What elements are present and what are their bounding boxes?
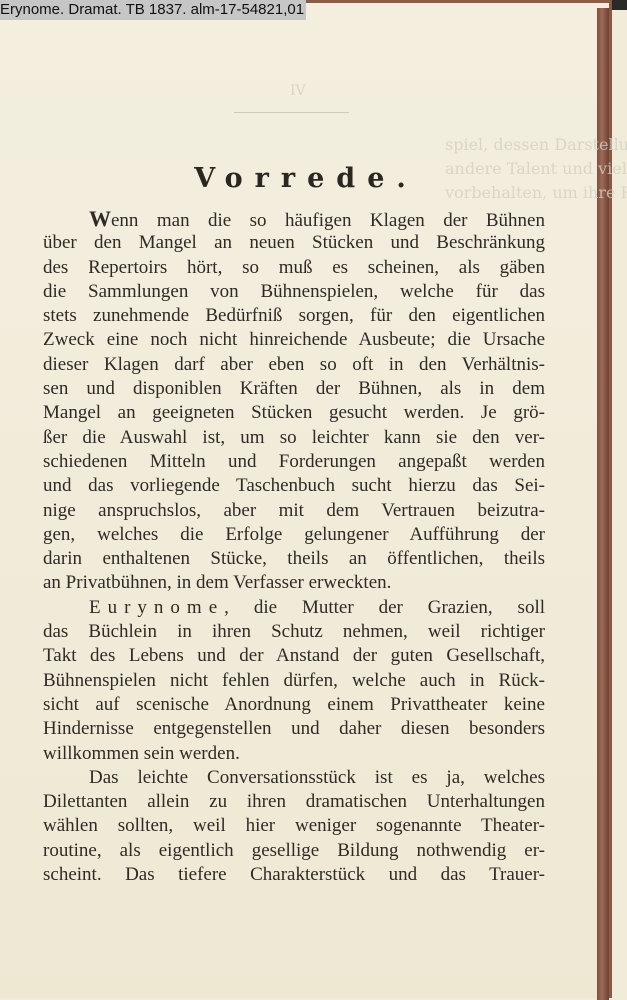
text-line: an Privatbühnen, in dem Verfasser erweck…: [43, 571, 545, 595]
text-line: Hindernisse entgegenstellen und daher di…: [43, 717, 545, 741]
text-line: schiedenen Mitteln und Forderungen angep…: [43, 450, 545, 474]
paragraph-1: Wenn man die so häufigen Klagen der Bühn…: [43, 207, 545, 596]
text-line: des Repertoirs hört, so muß es scheinen,…: [43, 256, 545, 280]
text-line: die Sammlungen von Bühnenspielen, welche…: [43, 280, 545, 304]
text-line: das Büchlein in ihren Schutz nehmen, wei…: [43, 620, 545, 644]
text-line: Wenn man die so häufigen Klagen der Bühn…: [43, 207, 545, 231]
bleed-through-page-number: IV: [290, 83, 306, 99]
image-caption: Erynome. Dramat. TB 1837. alm-17-54821,0…: [0, 0, 306, 20]
book-cover-edge: [597, 8, 609, 1000]
page-heading: Vorrede.: [0, 163, 612, 194]
text-line: Takt des Lebens und der Anstand der gute…: [43, 644, 545, 668]
text-line: und das vorliegende Taschenbuch sucht hi…: [43, 474, 545, 498]
text-line: sicht auf scenische Anordnung einem Priv…: [43, 693, 545, 717]
text-line: Dilettanten allein zu ihren dramatischen…: [43, 790, 545, 814]
text-line: dieser Klagen darf aber eben so oft in d…: [43, 353, 545, 377]
text-line: Mangel an geeigneten Stücken gesucht wer…: [43, 401, 545, 425]
text-line: Eurynome, die Mutter der Grazien, soll: [43, 596, 545, 620]
text-line: scheint. Das tiefere Charakterstück und …: [43, 863, 545, 887]
scan-viewer: IV spiel, dessen Darstellung nur Künstle…: [0, 0, 627, 1000]
text-line: nige anspruchslos, aber mit dem Vertraue…: [43, 499, 545, 523]
text-line: routine, als eigentlich gesellige Bildun…: [43, 839, 545, 863]
text-line: wählen sollten, weil hier weniger sogena…: [43, 814, 545, 838]
bleed-through-line: spiel, dessen Darstellung nur Künstlern …: [445, 135, 627, 154]
paragraph-2: Eurynome, die Mutter der Grazien, soll d…: [43, 596, 545, 766]
book-page: IV spiel, dessen Darstellung nur Künstle…: [0, 0, 612, 998]
spaced-name: Eurynome: [89, 597, 224, 618]
text-line: willkommen sein werden.: [43, 742, 545, 766]
paragraph-3: Das leichte Conversationsstück ist es ja…: [43, 766, 545, 887]
text-line: ßer die Auswahl ist, um so leichter kann…: [43, 426, 545, 450]
text-line: sen und disponiblen Kräften der Bühnen, …: [43, 377, 545, 401]
text-line: Das leichte Conversationsstück ist es ja…: [43, 766, 545, 790]
page-body: Wenn man die so häufigen Klagen der Bühn…: [43, 207, 545, 887]
text-line: darin enthaltenen Stücke, theils an öffe…: [43, 547, 545, 571]
bleed-through-rule: [234, 112, 349, 113]
text-line: über den Mangel an neuen Stücken und Bes…: [43, 231, 545, 255]
text-line: gen, welches die Erfolge gelungener Auff…: [43, 523, 545, 547]
drop-cap: W: [89, 207, 111, 231]
text-line: stets zunehmende Bedürfniß sorgen, für d…: [43, 304, 545, 328]
text-line: Bühnenspielen nicht fehlen dürfen, welch…: [43, 669, 545, 693]
text-line: Zweck eine noch nicht hinreichende Ausbe…: [43, 328, 545, 352]
